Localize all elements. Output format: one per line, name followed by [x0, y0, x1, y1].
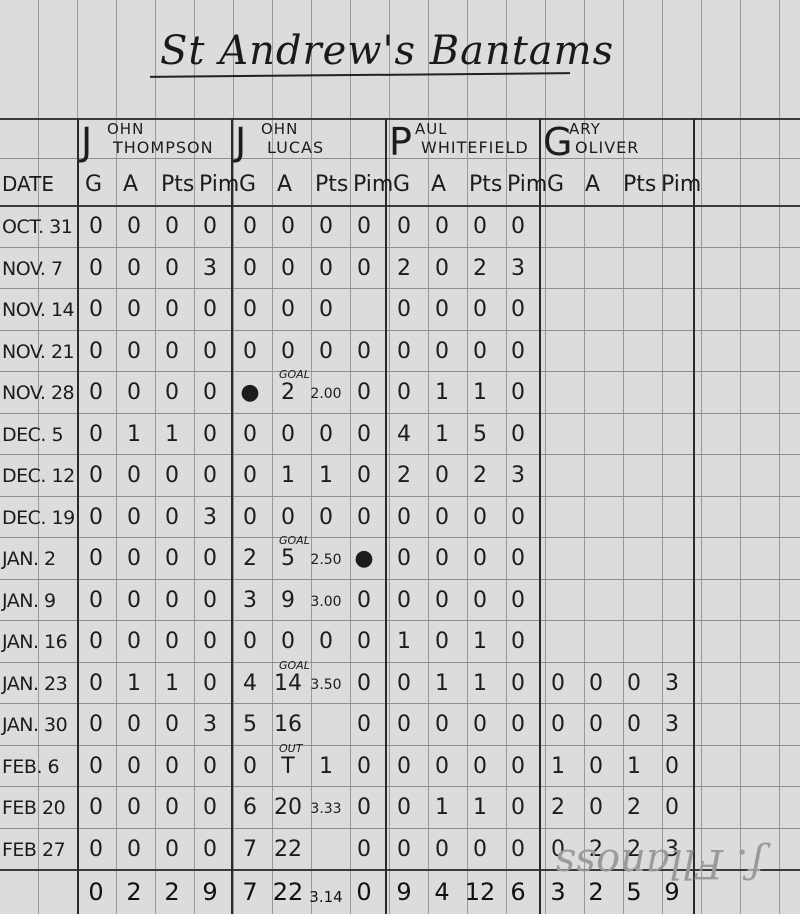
cell-annotation: OUT [279, 742, 302, 755]
player-initial: J [235, 120, 246, 164]
stat-cell: 0 [345, 463, 383, 488]
stat-cell: 0 [191, 795, 229, 820]
stat-cell: 0 [423, 588, 461, 613]
stat-cell: 0 [191, 380, 229, 405]
stat-column-header: Pts [623, 172, 656, 197]
stat-cell: 0 [423, 837, 461, 862]
row-rule [0, 537, 800, 538]
stat-cell: 0 [385, 297, 423, 322]
stat-cell: 2 [385, 256, 423, 281]
stat-cell: 0 [539, 712, 577, 737]
stat-cell: 0 [577, 795, 615, 820]
row-rule [0, 786, 800, 787]
player-initial: J [81, 120, 92, 164]
game-date: NOV. 28 [2, 382, 74, 404]
stat-cell: 1 [307, 463, 345, 488]
stat-cell: 0 [385, 380, 423, 405]
stat-cell: 1 [115, 671, 153, 696]
stat-cell: 0 [461, 214, 499, 239]
stat-cell: 1 [153, 422, 191, 447]
stat-cell: 0 [115, 712, 153, 737]
stat-cell: 1 [423, 380, 461, 405]
stat-cell: 0 [115, 380, 153, 405]
stat-cell: 0 [269, 629, 307, 654]
stat-cell: 0 [385, 546, 423, 571]
stat-cell: 0 [191, 214, 229, 239]
row-rule [0, 288, 800, 289]
stat-column-header: G [85, 172, 102, 197]
game-date: JAN. 16 [2, 631, 67, 653]
stat-cell: 0 [115, 463, 153, 488]
stat-cell: 0 [269, 256, 307, 281]
stat-cell: 3 [499, 463, 537, 488]
stat-column-header: A [123, 172, 138, 197]
stat-cell: 0 [345, 380, 383, 405]
player-header: JOHNLUCAS [231, 120, 385, 160]
stat-cell: 0 [307, 422, 345, 447]
stat-cell: 0 [345, 505, 383, 530]
row-rule [0, 454, 800, 455]
stat-cell: 0 [345, 837, 383, 862]
row-rule [0, 330, 800, 331]
stat-cell: 0 [115, 214, 153, 239]
stat-cell: 0 [115, 837, 153, 862]
stat-cell: 0 [77, 837, 115, 862]
stat-cell: 0 [423, 256, 461, 281]
stat-cell: 0 [461, 297, 499, 322]
stat-cell: 0 [499, 214, 537, 239]
stat-column-header: Pim [507, 172, 547, 197]
total-cell: 3.14 [307, 888, 345, 906]
stat-cell: 0 [577, 712, 615, 737]
game-date: JAN. 30 [2, 714, 67, 736]
player-last-name: OLIVER [575, 138, 639, 157]
stat-cell: 0 [153, 629, 191, 654]
stat-cell: 0 [77, 214, 115, 239]
stat-cell: 1 [307, 754, 345, 779]
stat-cell: 0 [231, 297, 269, 322]
stat-cell: 0 [191, 671, 229, 696]
game-date: NOV. 21 [2, 341, 74, 363]
cell-annotation: GOAL [279, 659, 310, 672]
total-cell: 9 [191, 878, 229, 906]
stat-cell: 0 [307, 256, 345, 281]
stat-cell: 0 [499, 505, 537, 530]
stat-cell: 2 [231, 546, 269, 571]
stat-cell: 5 [269, 546, 307, 571]
stat-cell: 0 [191, 629, 229, 654]
stat-cell: 0 [77, 422, 115, 447]
row-rule [0, 662, 800, 663]
stat-cell: 0 [499, 297, 537, 322]
stat-cell: 0 [461, 505, 499, 530]
stat-cell: 1 [539, 754, 577, 779]
stat-cell: 0 [77, 380, 115, 405]
stat-cell: 0 [345, 588, 383, 613]
stat-column-header: G [393, 172, 410, 197]
stat-cell: 0 [153, 339, 191, 364]
player-last-name: THOMPSON [113, 138, 214, 157]
stat-cell: 0 [307, 629, 345, 654]
stat-cell: 1 [385, 629, 423, 654]
total-cell: 6 [499, 878, 537, 906]
row-rule [0, 579, 800, 580]
stat-cell: 0 [499, 422, 537, 447]
stat-cell: 0 [115, 505, 153, 530]
stat-cell: 20 [269, 795, 307, 820]
game-date: DEC. 19 [2, 507, 75, 529]
total-cell: 2 [153, 878, 191, 906]
game-date: JAN. 9 [2, 590, 56, 612]
player-header: JOHNTHOMPSON [77, 120, 231, 160]
stat-cell: 0 [153, 463, 191, 488]
stat-cell: 0 [385, 712, 423, 737]
stat-cell: 0 [115, 629, 153, 654]
total-cell: 22 [269, 878, 307, 906]
stat-cell: 1 [461, 629, 499, 654]
stat-cell: 0 [345, 754, 383, 779]
stat-cell: 0 [231, 463, 269, 488]
stat-cell: 0 [499, 837, 537, 862]
stat-cell: 0 [615, 671, 653, 696]
row-rule [0, 413, 800, 414]
stat-cell: 0 [153, 505, 191, 530]
row-rule [0, 703, 800, 704]
stat-cell: 6 [231, 795, 269, 820]
stat-column-header: Pts [469, 172, 502, 197]
team-title: St Andrew's Bantams [160, 28, 560, 78]
stat-cell: 0 [385, 214, 423, 239]
stat-cell: 0 [423, 546, 461, 571]
stat-cell: 0 [577, 754, 615, 779]
stat-cell: 0 [191, 546, 229, 571]
stat-cell: 2 [269, 380, 307, 405]
stat-cell: 0 [345, 795, 383, 820]
stat-column-header: G [239, 172, 256, 197]
stat-cell: 0 [423, 754, 461, 779]
stat-cell: 0 [345, 671, 383, 696]
total-cell: 4 [423, 878, 461, 906]
stat-column-header: A [585, 172, 600, 197]
group-divider [693, 118, 695, 914]
stat-cell: 0 [461, 837, 499, 862]
stat-cell: 0 [77, 463, 115, 488]
stat-cell: 0 [153, 256, 191, 281]
stat-cell: 1 [423, 795, 461, 820]
player-header: PAULWHITEFIELD [385, 120, 539, 160]
game-date: DEC. 12 [2, 465, 75, 487]
stat-cell: 4 [231, 671, 269, 696]
stat-cell: 16 [269, 712, 307, 737]
stat-cell: 0 [77, 795, 115, 820]
stat-cell: 3 [231, 588, 269, 613]
stat-cell: 1 [615, 754, 653, 779]
stat-cell: 0 [345, 339, 383, 364]
stat-cell: 3.50 [307, 677, 345, 693]
stat-cell: 14 [269, 671, 307, 696]
stat-cell: 2.50 [307, 552, 345, 568]
game-date: DEC. 5 [2, 424, 63, 446]
stat-cell: 0 [307, 505, 345, 530]
stat-cell: 0 [231, 214, 269, 239]
stat-cell: 5 [461, 422, 499, 447]
stat-cell: 0 [499, 588, 537, 613]
stat-cell: 3 [653, 712, 691, 737]
stat-column-header: Pts [161, 172, 194, 197]
stat-cell: 0 [499, 795, 537, 820]
stat-cell: ● [231, 380, 269, 405]
stat-cell: 0 [231, 505, 269, 530]
stat-cell: 0 [499, 712, 537, 737]
game-date: JAN. 23 [2, 673, 67, 695]
stat-cell: 0 [231, 629, 269, 654]
stat-cell: 2 [539, 795, 577, 820]
total-cell: 7 [231, 878, 269, 906]
stat-cell: 0 [191, 463, 229, 488]
stat-cell: 0 [269, 297, 307, 322]
stat-cell: 0 [539, 671, 577, 696]
stat-cell: 0 [77, 505, 115, 530]
stat-cell: 3 [191, 505, 229, 530]
game-date: JAN. 2 [2, 548, 56, 570]
stat-cell: 0 [385, 588, 423, 613]
stat-cell: 0 [461, 754, 499, 779]
stat-cell: 3 [191, 712, 229, 737]
stat-cell: 0 [153, 214, 191, 239]
stat-cell: 1 [423, 671, 461, 696]
game-date: FEB. 6 [2, 756, 59, 778]
stat-cell: 0 [153, 546, 191, 571]
stat-cell: 0 [77, 297, 115, 322]
stat-cell: 0 [115, 546, 153, 571]
stat-cell: 0 [345, 629, 383, 654]
stat-cell: 2.00 [307, 386, 345, 402]
player-first-name: OHN [107, 120, 144, 138]
stat-cell: 0 [231, 339, 269, 364]
stat-cell: 0 [115, 754, 153, 779]
stat-cell: 3.00 [307, 594, 345, 610]
stat-cell: 0 [461, 546, 499, 571]
stat-column-header: A [277, 172, 292, 197]
stat-cell: 0 [77, 339, 115, 364]
stat-cell: 0 [423, 297, 461, 322]
stat-cell: 1 [115, 422, 153, 447]
stat-cell: 0 [115, 297, 153, 322]
stat-cell: 0 [423, 712, 461, 737]
stat-cell: ● [345, 546, 383, 571]
player-initial: P [389, 120, 412, 164]
stat-cell: 0 [653, 754, 691, 779]
stat-cell: 0 [307, 339, 345, 364]
stat-cell: 3 [499, 256, 537, 281]
stat-cell: 0 [385, 754, 423, 779]
stat-cell: 0 [77, 256, 115, 281]
stat-cell: 0 [153, 795, 191, 820]
stat-cell: 0 [153, 588, 191, 613]
stat-cell: 0 [77, 629, 115, 654]
total-cell: 2 [115, 878, 153, 906]
stat-cell: 0 [461, 339, 499, 364]
game-date: NOV. 7 [2, 258, 63, 280]
stat-cell: 0 [269, 339, 307, 364]
stat-cell: 2 [461, 256, 499, 281]
player-last-name: WHITEFIELD [421, 138, 529, 157]
stat-cell: 0 [499, 546, 537, 571]
stat-column-header: Pim [661, 172, 701, 197]
stat-cell: 0 [461, 588, 499, 613]
player-first-name: ARY [569, 120, 601, 138]
stat-cell: 3 [191, 256, 229, 281]
player-last-name: LUCAS [267, 138, 324, 157]
stat-cell: 1 [153, 671, 191, 696]
stat-cell: 0 [231, 754, 269, 779]
player-first-name: OHN [261, 120, 298, 138]
stat-cell: 1 [461, 671, 499, 696]
stat-cell: 0 [191, 422, 229, 447]
stat-cell: 0 [191, 297, 229, 322]
stat-cell: 0 [115, 795, 153, 820]
stat-cell: 0 [385, 671, 423, 696]
stat-cell: 1 [461, 380, 499, 405]
row-rule [0, 620, 800, 621]
stat-cell: 4 [385, 422, 423, 447]
scoresheet-page: St Andrew's Bantams JOHNTHOMPSONGAPtsPim… [0, 0, 800, 914]
stat-column-header: Pim [353, 172, 393, 197]
stat-cell: 0 [385, 795, 423, 820]
stat-cell: 0 [115, 256, 153, 281]
stat-cell: 0 [499, 671, 537, 696]
total-cell: 0 [345, 878, 383, 906]
stat-cell: 0 [345, 256, 383, 281]
game-date: OCT. 31 [2, 216, 72, 238]
stat-cell: 0 [191, 754, 229, 779]
stat-cell: 0 [499, 629, 537, 654]
stat-cell: 0 [153, 837, 191, 862]
stat-cell: 0 [345, 214, 383, 239]
bleed-through-signature: ƒ. Fllanoss [555, 840, 763, 886]
cell-annotation: GOAL [279, 534, 310, 547]
stat-cell: 0 [423, 505, 461, 530]
row-rule [0, 745, 800, 746]
stat-cell: 0 [77, 546, 115, 571]
row-rule [0, 247, 800, 248]
stat-cell: 0 [191, 339, 229, 364]
stat-cell: 0 [191, 837, 229, 862]
stat-cell: 0 [423, 214, 461, 239]
total-cell: 9 [385, 878, 423, 906]
stat-cell: 0 [269, 422, 307, 447]
stat-cell: 0 [77, 754, 115, 779]
stat-cell: 0 [153, 754, 191, 779]
total-cell: 0 [77, 878, 115, 906]
stat-cell: 0 [307, 297, 345, 322]
stat-cell: 0 [615, 712, 653, 737]
player-first-name: AUL [415, 120, 448, 138]
stat-cell: 3.33 [307, 801, 345, 817]
stat-cell: 0 [653, 795, 691, 820]
column-header-rule [0, 205, 800, 207]
stat-cell: 2 [615, 795, 653, 820]
stat-cell: 0 [77, 588, 115, 613]
stat-column-header: Pim [199, 172, 239, 197]
stat-cell: 0 [345, 712, 383, 737]
stat-cell: 0 [77, 712, 115, 737]
stat-cell: 22 [269, 837, 307, 862]
stat-cell: 0 [385, 837, 423, 862]
stat-cell: 0 [153, 712, 191, 737]
stat-cell: 0 [499, 380, 537, 405]
stat-cell: 0 [499, 339, 537, 364]
stat-cell: 0 [231, 422, 269, 447]
stat-cell: 9 [269, 588, 307, 613]
stat-cell: 0 [577, 671, 615, 696]
stat-cell: 2 [461, 463, 499, 488]
stat-cell: 0 [77, 671, 115, 696]
stat-cell: 5 [231, 712, 269, 737]
stat-cell: T [269, 754, 307, 779]
stat-cell: 1 [269, 463, 307, 488]
stat-column-header: G [547, 172, 564, 197]
stat-cell: 0 [115, 339, 153, 364]
stat-cell: 0 [423, 629, 461, 654]
stat-cell: 0 [499, 754, 537, 779]
stat-cell: 0 [345, 422, 383, 447]
stat-cell: 0 [423, 463, 461, 488]
game-date: NOV. 14 [2, 299, 74, 321]
stat-column-header: Pts [315, 172, 348, 197]
stat-cell: 0 [231, 256, 269, 281]
stat-cell: 0 [269, 505, 307, 530]
stat-cell: 0 [385, 339, 423, 364]
stat-column-header: A [431, 172, 446, 197]
game-date: FEB 20 [2, 797, 65, 819]
row-rule [0, 371, 800, 372]
row-rule [0, 828, 800, 829]
stat-cell: 0 [461, 712, 499, 737]
stat-cell: 2 [385, 463, 423, 488]
stat-cell: 0 [385, 505, 423, 530]
stat-cell: 7 [231, 837, 269, 862]
stat-cell: 1 [461, 795, 499, 820]
player-header: GARYOLIVER [539, 120, 693, 160]
total-cell: 12 [461, 878, 499, 906]
stat-cell: 0 [307, 214, 345, 239]
stat-cell: 0 [423, 339, 461, 364]
stat-cell: 1 [423, 422, 461, 447]
date-column-header: DATE [2, 172, 54, 196]
stat-cell: 0 [115, 588, 153, 613]
stat-cell: 0 [153, 297, 191, 322]
row-rule [0, 496, 800, 497]
stat-cell: 0 [269, 214, 307, 239]
stat-cell: 0 [153, 380, 191, 405]
stat-cell: 0 [191, 588, 229, 613]
stat-cell: 3 [653, 671, 691, 696]
game-date: FEB 27 [2, 839, 65, 861]
cell-annotation: GOAL [279, 368, 310, 381]
